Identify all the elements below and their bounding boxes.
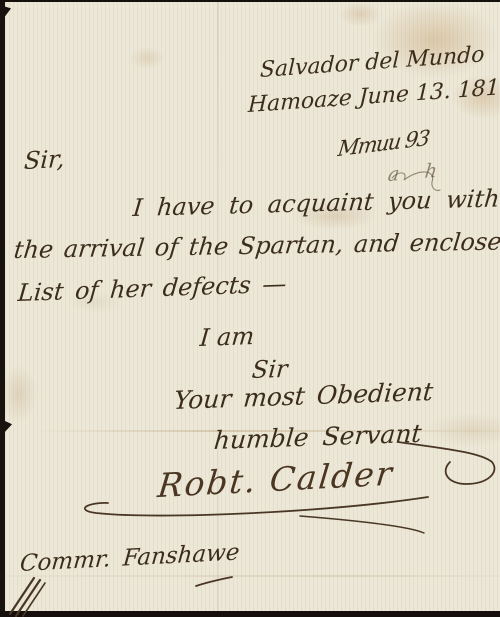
closing-line-i-am: I am bbox=[199, 322, 256, 352]
fold-crease bbox=[5, 575, 500, 577]
salutation: Sir, bbox=[23, 145, 65, 175]
pencil-annotation: a h bbox=[387, 160, 437, 186]
scan-edge-top bbox=[0, 0, 500, 2]
closing-line-sir: Sir bbox=[251, 355, 289, 384]
fold-crease-vertical bbox=[217, 2, 219, 611]
scan-edge-bottom bbox=[0, 611, 500, 617]
letter-scan: Salvador del Mundo Hamoaze June 13. 1811… bbox=[0, 0, 500, 617]
